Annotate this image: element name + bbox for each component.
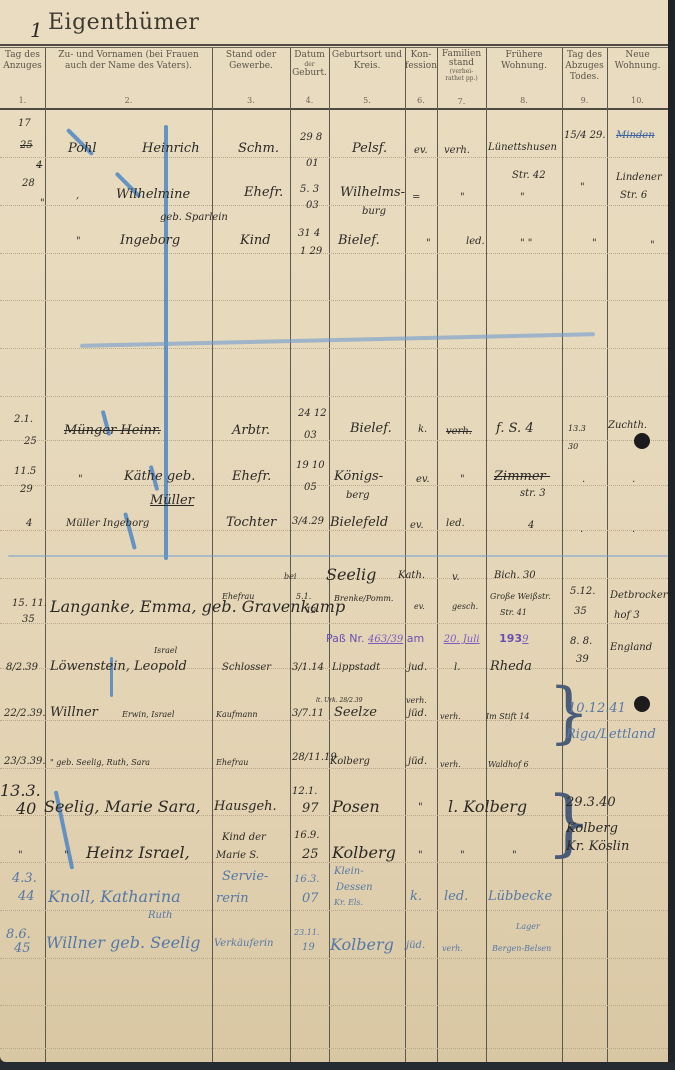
entry-occupation: Arbtr. (232, 424, 270, 438)
entry-surname: Willner (50, 706, 98, 720)
header-text: auch der Name des Vaters). (65, 61, 192, 72)
entry-birthplace: Pelsf. (352, 142, 387, 156)
entry-name: Müller Ingeborg (66, 518, 149, 529)
entry-birth: 31 4 (298, 228, 320, 239)
entry-ditto: " (76, 236, 81, 247)
column-number: 6. (417, 95, 425, 106)
entry-birth: 16.9. (294, 830, 319, 841)
entry-status: led. (444, 890, 468, 904)
entry-given-name: Käthe geb. (124, 470, 195, 484)
column-header-1: Tag des Anzuges 1. (0, 50, 45, 108)
row-guide (0, 958, 668, 959)
column-number: 8. (520, 95, 528, 106)
entry-previous-address: Waldhof 6 (488, 760, 529, 769)
entry-new-address: Zuchth. (608, 420, 647, 431)
entry-previous-address: f. S. 4 (496, 422, 534, 436)
entry-birth: 5.1. (296, 592, 311, 601)
entry-birth: 3/7.11 (292, 708, 324, 719)
row-guide (0, 348, 668, 349)
column-number: 3. (247, 95, 255, 106)
header-text: Gewerbe. (229, 61, 273, 72)
header-text: Tag des (5, 50, 40, 61)
entry-birthplace: Kolberg (330, 936, 394, 954)
column-number: 2. (125, 95, 133, 106)
entry-given-name: Erwin, Israel (122, 710, 174, 719)
entry-departure: 39 (576, 654, 589, 665)
entry-birthplace: Seelze (334, 706, 377, 720)
entry-birth: 03 (306, 200, 319, 211)
entry-occupation: Schm. (238, 142, 279, 156)
header-text: Wohnung. (501, 61, 547, 72)
header-text: Anzuges (3, 61, 42, 72)
entry-birthplace: Lippstadt (332, 662, 380, 673)
stamp-am: am (407, 632, 424, 645)
entry-date: 17 (18, 118, 31, 129)
entry-previous-address: Lübbecke (488, 890, 552, 904)
header-text: Zu- und Vornamen (bei Frauen (58, 50, 198, 61)
entry-occupation: rerin (216, 892, 249, 906)
entry-religion: k. (410, 890, 422, 904)
column-number: 9. (581, 95, 589, 106)
entry-status: " (460, 192, 465, 203)
entry-occupation: Ehefr. (244, 186, 283, 200)
entry-birth: 5. 3 (300, 184, 319, 195)
entry-religion: jüd. (406, 940, 425, 951)
header-text: (verhei- (450, 68, 474, 75)
row-guide (0, 157, 668, 158)
entry-date: 35 (22, 614, 35, 625)
entry-new-address: Lindener (616, 172, 662, 183)
column-number: 7. (458, 97, 466, 106)
entry-occupation: Tochter (226, 516, 276, 530)
entry-status: led. (446, 518, 465, 529)
entry-birthplace: Bielef. (338, 234, 380, 248)
entry-previous-address: Bich. 30 (494, 570, 536, 581)
entry-departure: 10.12.41 (568, 702, 626, 716)
entry-status-previous: l. Kolberg (448, 798, 527, 816)
entry-birth: 1 29 (300, 246, 322, 257)
entry-date: 15. 11. (12, 598, 47, 609)
entry-date: 25 (24, 436, 37, 447)
entry-new-address: Detbrocker- (610, 590, 668, 601)
entry-religion: ev. (410, 520, 424, 531)
column-header-7: Familien stand (verhei- rathet pp.) 7. (437, 50, 486, 108)
entry-new-address: hof 3 (614, 610, 640, 621)
entry-status: gesch. (452, 602, 478, 611)
entry-date: 2.1. (14, 414, 33, 425)
entry-religion: " (418, 802, 423, 813)
entry-given-name: Ingeborg (120, 234, 180, 248)
column-number: 10. (631, 95, 644, 106)
entry-previous-address: Bergen-Belsen (492, 944, 551, 953)
entry-birth: 05 (304, 482, 317, 493)
entry-religion: jud. (408, 662, 427, 673)
entry-birth: 19 10 (296, 460, 325, 471)
header-text: Kreis. (354, 61, 381, 72)
row-guide (0, 253, 668, 254)
entry-previous-address: " (512, 850, 517, 861)
column-header-4: Datum der Geburt. 4. (290, 50, 329, 108)
entry-birth: 29 8 (300, 132, 322, 143)
row-guide (0, 300, 668, 301)
entry-religion: ev. (416, 474, 430, 485)
entry-birthplace: burg (362, 206, 386, 217)
row-guide (0, 396, 668, 397)
header-text: Geburt. (292, 68, 327, 79)
entry-given-name: Wilhelmine (116, 188, 190, 202)
entry-name: Münger Heinr. (64, 424, 161, 438)
entry-date: 11.5 (14, 466, 36, 477)
row-guide (0, 1048, 668, 1049)
entry-occupation: Ehefrau (216, 758, 248, 767)
page-title: Eigenthümer (48, 10, 199, 35)
entry-new-address: . (632, 474, 635, 485)
entry-name: Willner geb. Seelig (46, 934, 201, 952)
entry-religion: ev. (414, 602, 425, 611)
entry-birthplace: Kolberg (332, 844, 396, 862)
entry-birthplace: Klein- (334, 866, 364, 877)
row-guide (0, 623, 668, 624)
row-guide (0, 485, 668, 486)
column-header-9: Tag des Abzuges Todes. 9. (562, 50, 607, 108)
entry-previous-address: Str. 41 (500, 608, 527, 617)
entry-new-address: England (610, 642, 652, 653)
entry-name: " geb. Seelig, Ruth, Sara (50, 758, 150, 767)
entry-previous-address: " (520, 192, 525, 203)
scan-edge-bottom (0, 1062, 675, 1070)
entry-birthplace: Königs- (334, 470, 383, 484)
header-text: der (304, 61, 314, 68)
header-text: stand (449, 59, 474, 68)
entry-added-name: Ruth (148, 910, 172, 921)
entry-new-address: . (632, 524, 635, 535)
entry-departure: 5.12. (570, 586, 595, 597)
entry-departure: 30 (568, 442, 578, 451)
entry-maiden-name: geb. Sparlein (160, 212, 228, 223)
column-header-10: Neue Wohnung. 10. (607, 50, 668, 108)
entry-religion: k. (418, 424, 427, 435)
column-header-6: Kon- fession 6. (405, 50, 437, 108)
entry-date: 25 (20, 140, 33, 151)
entry-status: l. (454, 662, 460, 673)
punch-hole (634, 433, 650, 449)
entry-status: verh. (440, 712, 461, 721)
entry-departure: 35 (574, 606, 587, 617)
entry-previous-address: " " (520, 238, 532, 249)
entry-previous-address: 4 (528, 520, 534, 531)
entry-religion: jüd. (408, 756, 427, 767)
row-guide (0, 205, 668, 206)
entry-note: lt. Urk. 28/2.39 (316, 696, 363, 705)
row-guide (0, 440, 668, 441)
entry-religion: = (412, 192, 420, 203)
column-header-3: Stand oder Gewerbe. 3. (212, 50, 290, 108)
entry-previous-address: Zimmer- (494, 470, 550, 484)
column-number: 1. (19, 95, 27, 106)
stamp-year: 193 (499, 632, 522, 645)
entry-religion: Kath. (398, 570, 425, 581)
entry-given-name: Heinrich (142, 142, 200, 156)
entry-religion: ev. (414, 145, 428, 156)
entry-previous-address-note: Lager (516, 922, 540, 931)
entry-departure: 8. 8. (570, 636, 592, 647)
entry-added-name: Israel (154, 646, 177, 655)
entry-date: 8/2.39 (6, 662, 38, 673)
entry-ditto: , (76, 190, 79, 201)
column-number: 5. (363, 95, 371, 106)
row-guide (0, 768, 668, 769)
entry-birth: 3/4.29 (292, 516, 324, 527)
header-text: Frühere (505, 50, 542, 61)
entry-departure: . (582, 474, 585, 485)
stamp-prefix: Paß Nr. (326, 632, 365, 645)
entry-date: 4 (36, 160, 42, 171)
entry-occupation: Verkäuferin (214, 938, 274, 949)
header-text: Abzuges (565, 61, 604, 72)
entry-birth: 01 (306, 158, 319, 169)
register-page: 1 Eigenthümer Tag des Anzuges 1. Zu- und… (0, 0, 668, 1062)
punch-hole (634, 696, 650, 712)
entry-name: Löwenstein, Leopold (50, 660, 187, 674)
entry-date: 23/3.39. (4, 756, 46, 767)
entry-departure: 29.3.40 (566, 796, 616, 810)
entry-previous-address: Lünettshusen (488, 142, 557, 153)
entry-birth: 24 12 (298, 408, 327, 419)
entry-note: Seelig (326, 566, 376, 584)
header-text: Wohnung. (615, 61, 661, 72)
entry-status: " (460, 474, 465, 485)
entry-birthplace: Wilhelms- (340, 186, 405, 200)
entry-status: " (460, 850, 465, 861)
blue-pencil-horizontal-strike (80, 332, 595, 348)
column-header-8: Frühere Wohnung. 8. (486, 50, 562, 108)
entry-date: 4 (26, 518, 32, 529)
entry-date: 44 (18, 890, 35, 904)
entry-occupation: Marie S. (216, 850, 259, 861)
entry-departure: . (580, 524, 583, 535)
stamp-pass-number: 463/39 (368, 634, 403, 645)
entry-date: 45 (14, 942, 31, 956)
header-text: Datum (294, 50, 325, 61)
entry-name: Seelig, Marie Sara, (44, 798, 201, 816)
entry-date: 13.3. (0, 782, 41, 800)
entry-new-address: Kolberg (566, 822, 618, 836)
entry-date: 29 (20, 484, 33, 495)
header-text: Stand oder (226, 50, 276, 61)
entry-birth: 3/1.14 (292, 662, 324, 673)
entry-maiden-name: Müller (150, 494, 194, 508)
entry-birth: 12.1. (292, 786, 317, 797)
header-text: Neue (625, 50, 649, 61)
stamp-date: 20. Juli (428, 634, 496, 645)
column-header-2: Zu- und Vornamen (bei Frauen auch der Na… (45, 50, 212, 108)
column-number: 4. (306, 95, 314, 106)
entry-status: verh. (446, 426, 472, 437)
entry-birthplace: Kolberg (330, 756, 370, 767)
scan-edge-right (668, 0, 675, 1070)
entry-occupation: Servie- (222, 870, 268, 884)
entry-birthplace: Kr. Els. (334, 898, 363, 907)
entry-birth: 25 (302, 848, 319, 862)
entry-birthplace: Posen (332, 798, 380, 816)
entry-previous-address: Im Stift 14 (486, 712, 529, 721)
entry-birth: 12 (306, 606, 316, 615)
header-top-rule (0, 44, 668, 48)
entry-given-name: Heinz Israel, (86, 844, 190, 862)
row-guide (0, 910, 668, 911)
entry-date: 40 (16, 800, 36, 818)
entry-occupation: Kind (240, 234, 271, 248)
entry-new-address: Kr. Köslin (566, 840, 629, 854)
entry-occupation: Kaufmann (216, 710, 258, 719)
row-guide (0, 530, 668, 531)
entry-new-address: Str. 6 (620, 190, 647, 201)
entry-departure: 13.3 (568, 424, 586, 433)
entry-religion: " (426, 238, 431, 249)
header-text: fession (405, 61, 437, 72)
entry-religion: " (418, 850, 423, 861)
entry-previous-address: Rheda (490, 660, 532, 674)
header-text: Geburtsort und (332, 50, 402, 61)
entry-birthplace: Dessen (336, 882, 373, 893)
entry-status: verh. (442, 944, 463, 953)
entry-previous-address: Str. 42 (512, 170, 546, 181)
entry-date: " (40, 198, 45, 209)
entry-occupation: Ehefrau (222, 592, 254, 601)
entry-previous-address: Große Weißstr. (490, 592, 551, 601)
entry-new-address: " (650, 240, 655, 251)
entry-status: verh. (444, 145, 470, 156)
entry-occupation: Kind der (222, 832, 266, 843)
entry-departure: " (580, 182, 585, 193)
entry-ditto: " (78, 474, 83, 485)
header-text: Kon- (411, 50, 432, 61)
entry-birth: 07 (302, 892, 319, 906)
column-header-5: Geburtsort und Kreis. 5. (329, 50, 405, 108)
entry-new-address-struck: Minden (616, 130, 655, 141)
passport-stamp: Paß Nr. 463/39 am 20. Juli 1939 (326, 632, 528, 645)
entry-birthplace: Bielefeld (330, 516, 388, 530)
entry-date: 22/2.39. (4, 708, 46, 719)
entry-date: 28 (22, 178, 35, 189)
entry-status-note: verh. (406, 696, 427, 705)
header-text: Tag des (567, 50, 602, 61)
title-mark: 1 (30, 18, 43, 42)
row-guide (0, 1005, 668, 1006)
header-bottom-rule (0, 108, 668, 110)
entry-occupation: Ehefr. (232, 470, 271, 484)
entry-previous-address: str. 3 (520, 488, 546, 499)
entry-departure: " (592, 238, 597, 249)
entry-birth: 03 (304, 430, 317, 441)
entry-date: " (18, 850, 23, 861)
entry-birth: 16.3. (294, 874, 319, 885)
entry-new-address: Riga/Lettland (566, 728, 656, 742)
entry-birth: 23.11. (294, 928, 319, 937)
entry-surname: Pohl (68, 142, 97, 156)
entry-name: Knoll, Katharina (48, 888, 181, 906)
blue-section-divider (8, 555, 668, 557)
entry-birth: 19 (302, 942, 315, 953)
stamp-year-suffix: 9 (522, 634, 528, 645)
header-text: rathet pp.) (445, 75, 478, 82)
header-text: Todes. (570, 72, 599, 83)
entry-date: 8.6. (6, 928, 31, 942)
entry-status: v. (452, 572, 460, 583)
entry-birthplace: Brenke/Pomm. (334, 594, 393, 603)
entry-birthplace: Bielef. (350, 422, 392, 436)
entry-occupation: Hausgeh. (214, 800, 277, 814)
entry-status: led. (466, 236, 485, 247)
entry-occupation: Schlosser (222, 662, 271, 673)
entry-birthplace: berg (346, 490, 370, 501)
entry-religion: jüd. (408, 708, 427, 719)
entry-note: bei (284, 572, 296, 581)
entry-departure: 15/4 29. (564, 130, 606, 141)
entry-status: verh. (440, 760, 461, 769)
entry-birth: 97 (302, 802, 319, 816)
entry-date: 4.3. (12, 872, 37, 886)
entry-ditto: " (64, 850, 69, 861)
